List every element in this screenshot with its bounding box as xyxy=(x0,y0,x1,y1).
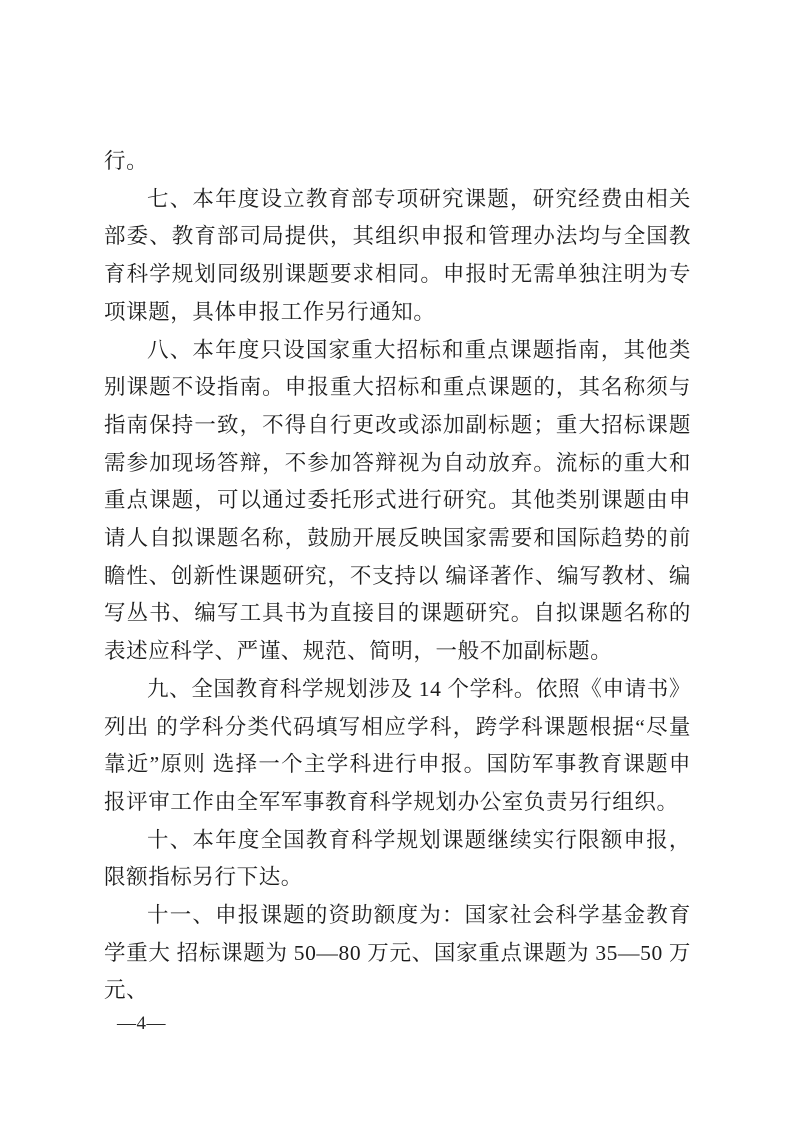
page-number: —4— xyxy=(117,1012,166,1036)
paragraph-item-10: 十、本年度全国教育科学规划课题继续实行限额申报，限额指标另行下达。 xyxy=(104,822,691,897)
paragraph-item-11: 十一、申报课题的资助额度为：国家社会科学基金教育学重大 招标课题为 50—80 … xyxy=(104,897,691,1010)
document-page: 行。 七、本年度设立教育部专项研究课题，研究经费由相关部委、教育部司局提供，其组… xyxy=(0,0,793,1122)
paragraph-continuation: 行。 xyxy=(104,143,691,181)
paragraph-item-7: 七、本年度设立教育部专项研究课题，研究经费由相关部委、教育部司局提供，其组织申报… xyxy=(104,181,691,332)
document-body: 行。 七、本年度设立教育部专项研究课题，研究经费由相关部委、教育部司局提供，其组… xyxy=(104,143,691,1010)
paragraph-item-9: 九、全国教育科学规划涉及 14 个学科。依照《申请书》列出 的学科分类代码填写相… xyxy=(104,671,691,822)
paragraph-item-8: 八、本年度只设国家重大招标和重点课题指南，其他类别课题不设指南。申报重大招标和重… xyxy=(104,332,691,671)
